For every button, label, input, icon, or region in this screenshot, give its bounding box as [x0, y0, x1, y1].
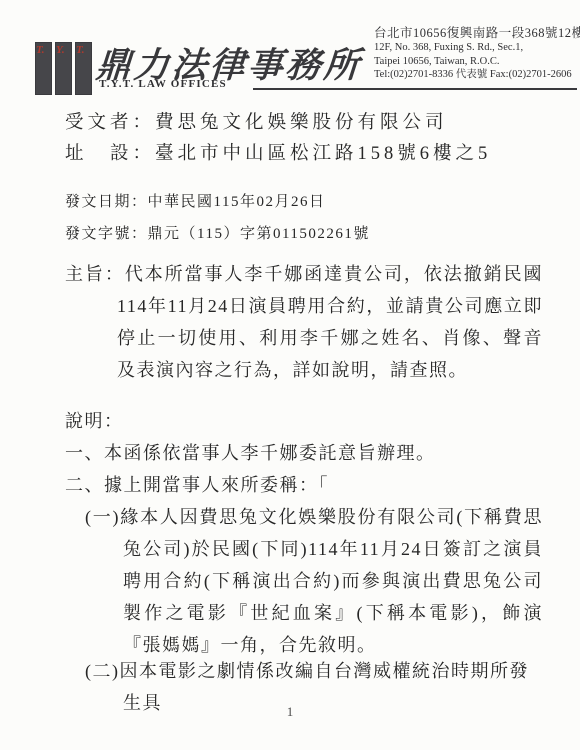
explanation-item-1: 一、本函係依當事人李千娜委託意旨辦理。	[65, 437, 436, 469]
site-label: 址 設：	[65, 144, 155, 164]
item-text: 本函係依當事人李千娜委託意旨辦理。	[104, 443, 436, 463]
explanation-subitem-1: (一)緣本人因費思兔文化娛樂股份有限公司(下稱費思兔公司)於民國(下同)114年…	[85, 501, 543, 661]
page-number: 1	[0, 704, 580, 720]
address-line-en2: Taipei 10656, Taiwan, R.O.C.	[374, 55, 580, 69]
item-text: 據上開當事人來所委稱：「	[104, 475, 329, 495]
seal-bar: T.	[75, 42, 92, 95]
recipient-line: 受文者：費思兔文化娛樂股份有限公司	[65, 108, 448, 134]
address-line-tel: Tel:(02)2701-8336 代表號 Fax:(02)2701-2606	[374, 68, 580, 82]
item-text: 緣本人因費思兔文化娛樂股份有限公司(下稱費思兔公司)於民國(下同)114年11月…	[120, 507, 543, 655]
header-divider	[253, 88, 577, 90]
ref-number-line: 發文字號：鼎元（115）字第011502261號	[65, 222, 370, 243]
item-label: 一、	[65, 443, 104, 463]
recipient-value: 費思兔文化娛樂股份有限公司	[155, 113, 448, 133]
subject-paragraph: 主旨：代本所當事人李千娜函達貴公司，依法撤銷民國114年11月24日演員聘用合約…	[65, 258, 543, 386]
seal-bar: Y.	[55, 42, 72, 95]
item-label: (一)	[85, 507, 120, 527]
firm-address-block: 台北市10656復興南路一段368號12樓 12F, No. 368, Fuxi…	[374, 26, 580, 82]
address-line-zh: 台北市10656復興南路一段368號12樓	[374, 26, 580, 41]
ref-number-label: 發文字號：	[65, 226, 148, 242]
subject-label: 主旨：	[65, 264, 125, 284]
recipient-label: 受文者：	[65, 113, 155, 133]
issue-date-value: 中華民國115年02月26日	[148, 194, 326, 210]
site-line: 址 設：臺北市中山區松江路158號6樓之5	[65, 139, 491, 165]
issue-date-line: 發文日期：中華民國115年02月26日	[65, 190, 325, 211]
scanned-letter-page: T. Y. T. 鼎力法律事務所 T.Y.T. LAW OFFICES 台北市1…	[0, 0, 580, 750]
explanation-item-2: 二、據上開當事人來所委稱：「	[65, 469, 329, 501]
item-label: 二、	[65, 475, 104, 495]
tyt-seal-icon: T. Y. T.	[35, 42, 92, 95]
seal-letter: T.	[76, 44, 84, 56]
item-label: (二)	[85, 661, 120, 681]
issue-date-label: 發文日期：	[65, 194, 148, 210]
seal-letter: Y.	[56, 44, 65, 56]
site-value: 臺北市中山區松江路158號6樓之5	[155, 144, 491, 164]
explanation-label: 說明：	[65, 405, 543, 437]
seal-letter: T.	[36, 44, 44, 56]
subject-text: 代本所當事人李千娜函達貴公司，依法撤銷民國114年11月24日演員聘用合約，並請…	[117, 264, 543, 380]
ref-number-value: 鼎元（115）字第011502261號	[148, 226, 370, 242]
firm-name-en: T.Y.T. LAW OFFICES	[99, 78, 227, 90]
address-line-en1: 12F, No. 368, Fuxing S. Rd., Sec.1,	[374, 41, 580, 55]
seal-bar: T.	[35, 42, 52, 95]
